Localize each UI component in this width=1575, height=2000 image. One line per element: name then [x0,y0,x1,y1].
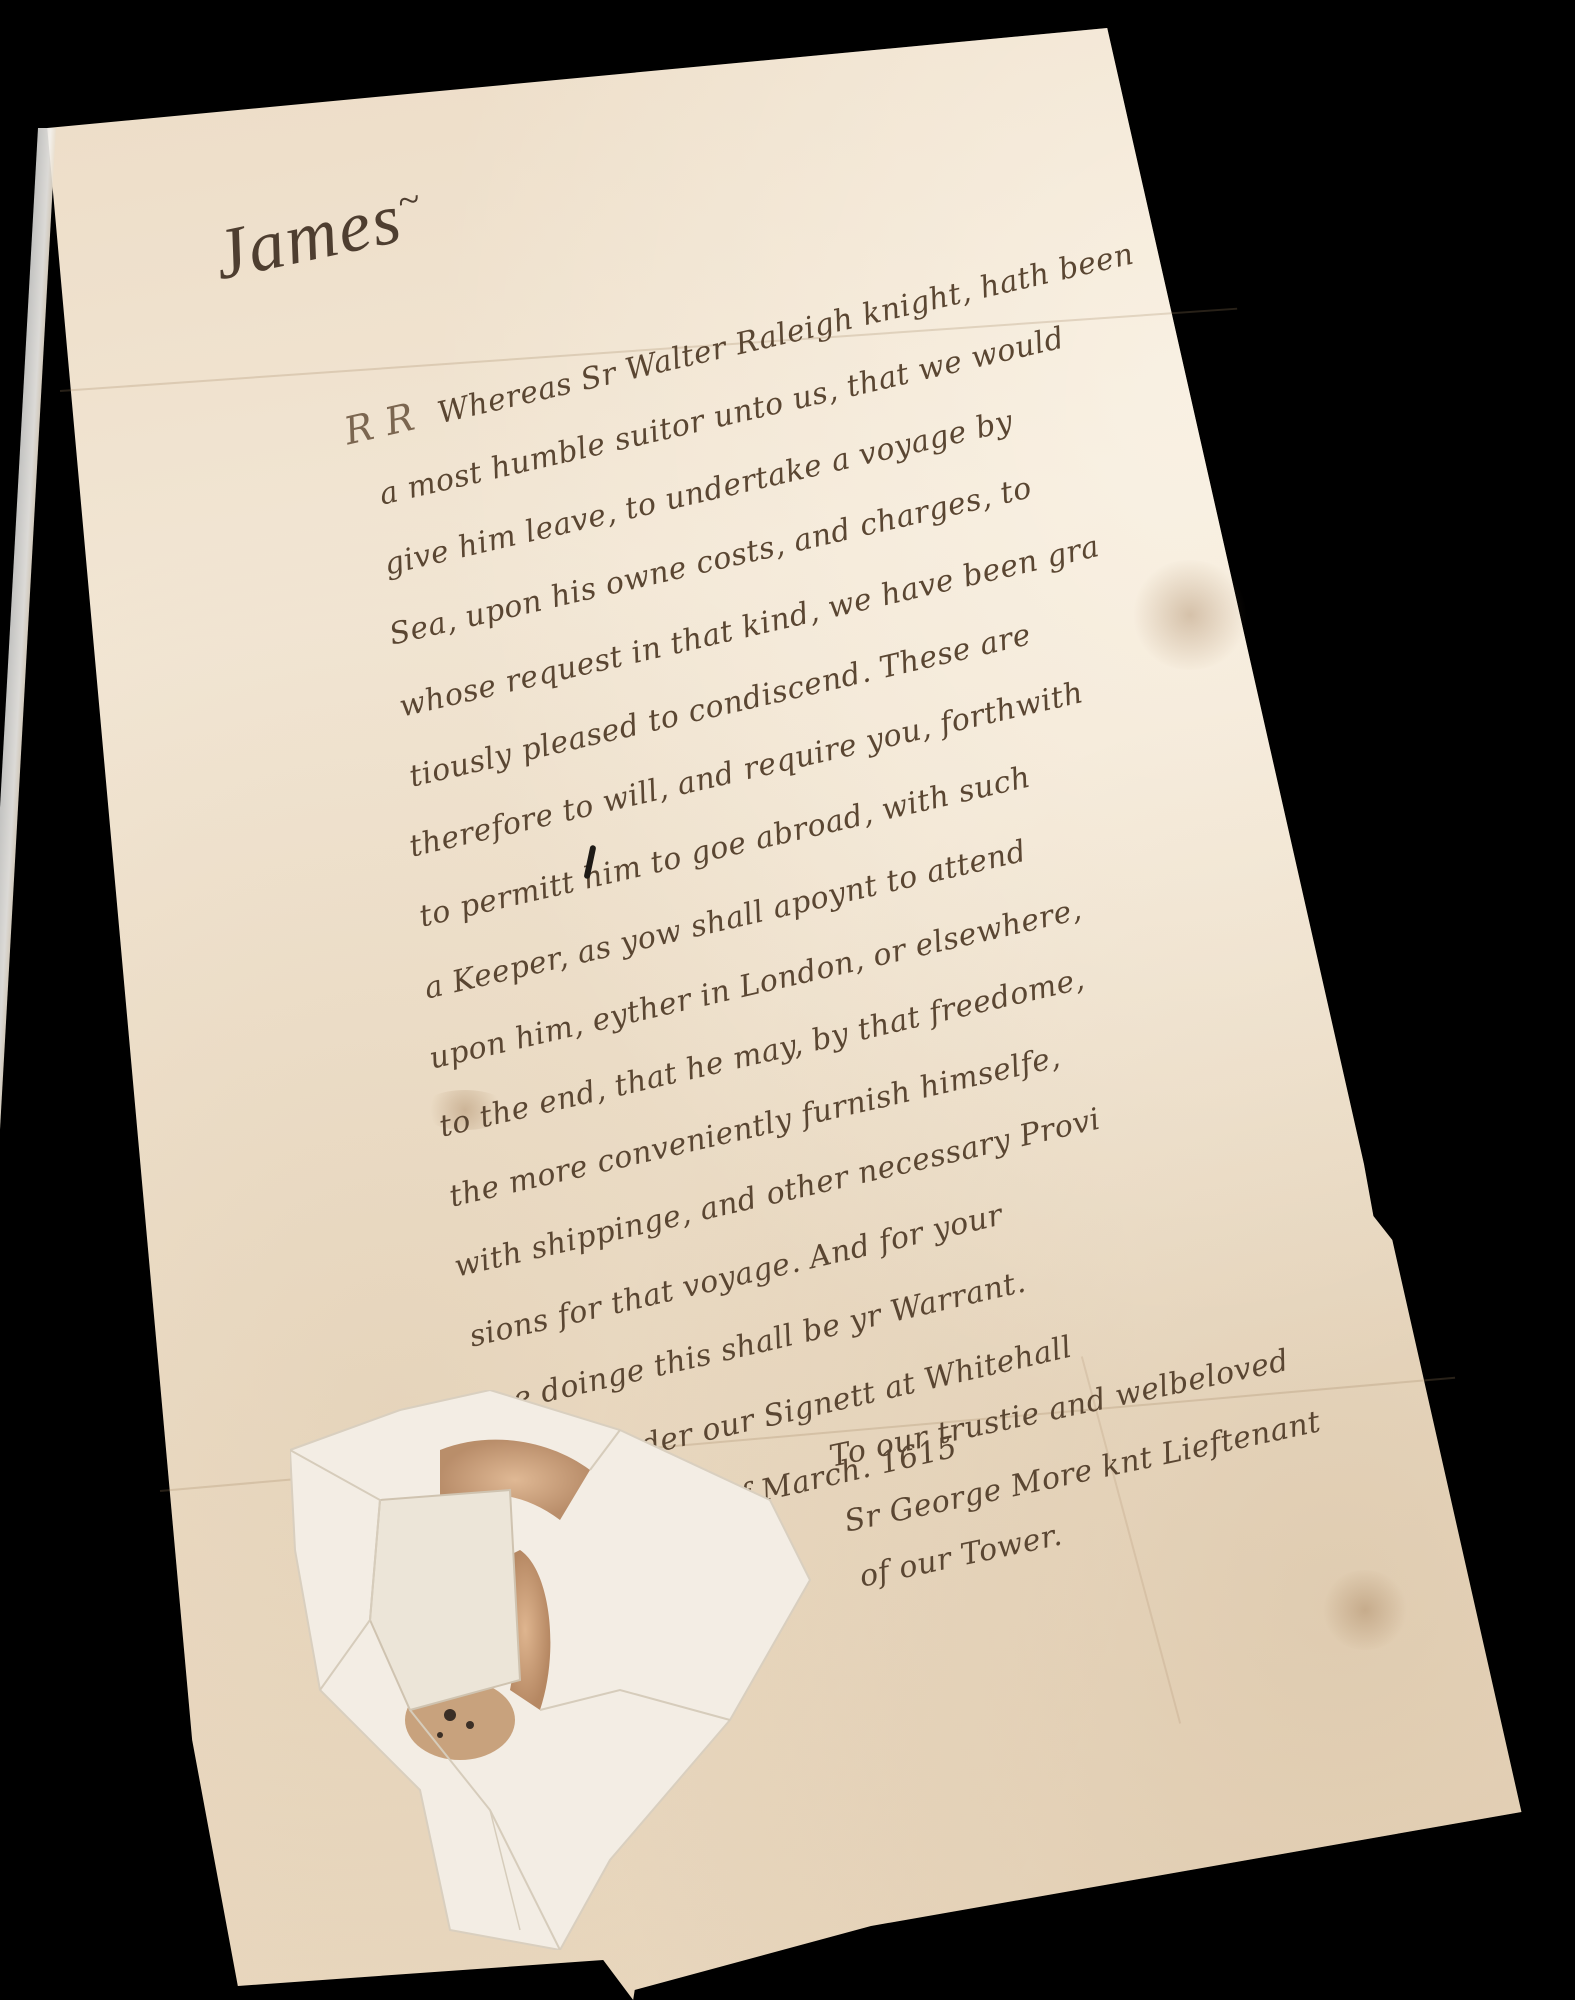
paper-edge [0,128,56,1728]
wax-seal [290,1390,850,1950]
seal-icon [290,1390,850,1950]
paper-stain [1320,1570,1410,1650]
photo-stage: James~ R R Whereas Sr Walter Raleigh kni… [0,0,1575,2000]
paper-stain [1130,560,1250,670]
